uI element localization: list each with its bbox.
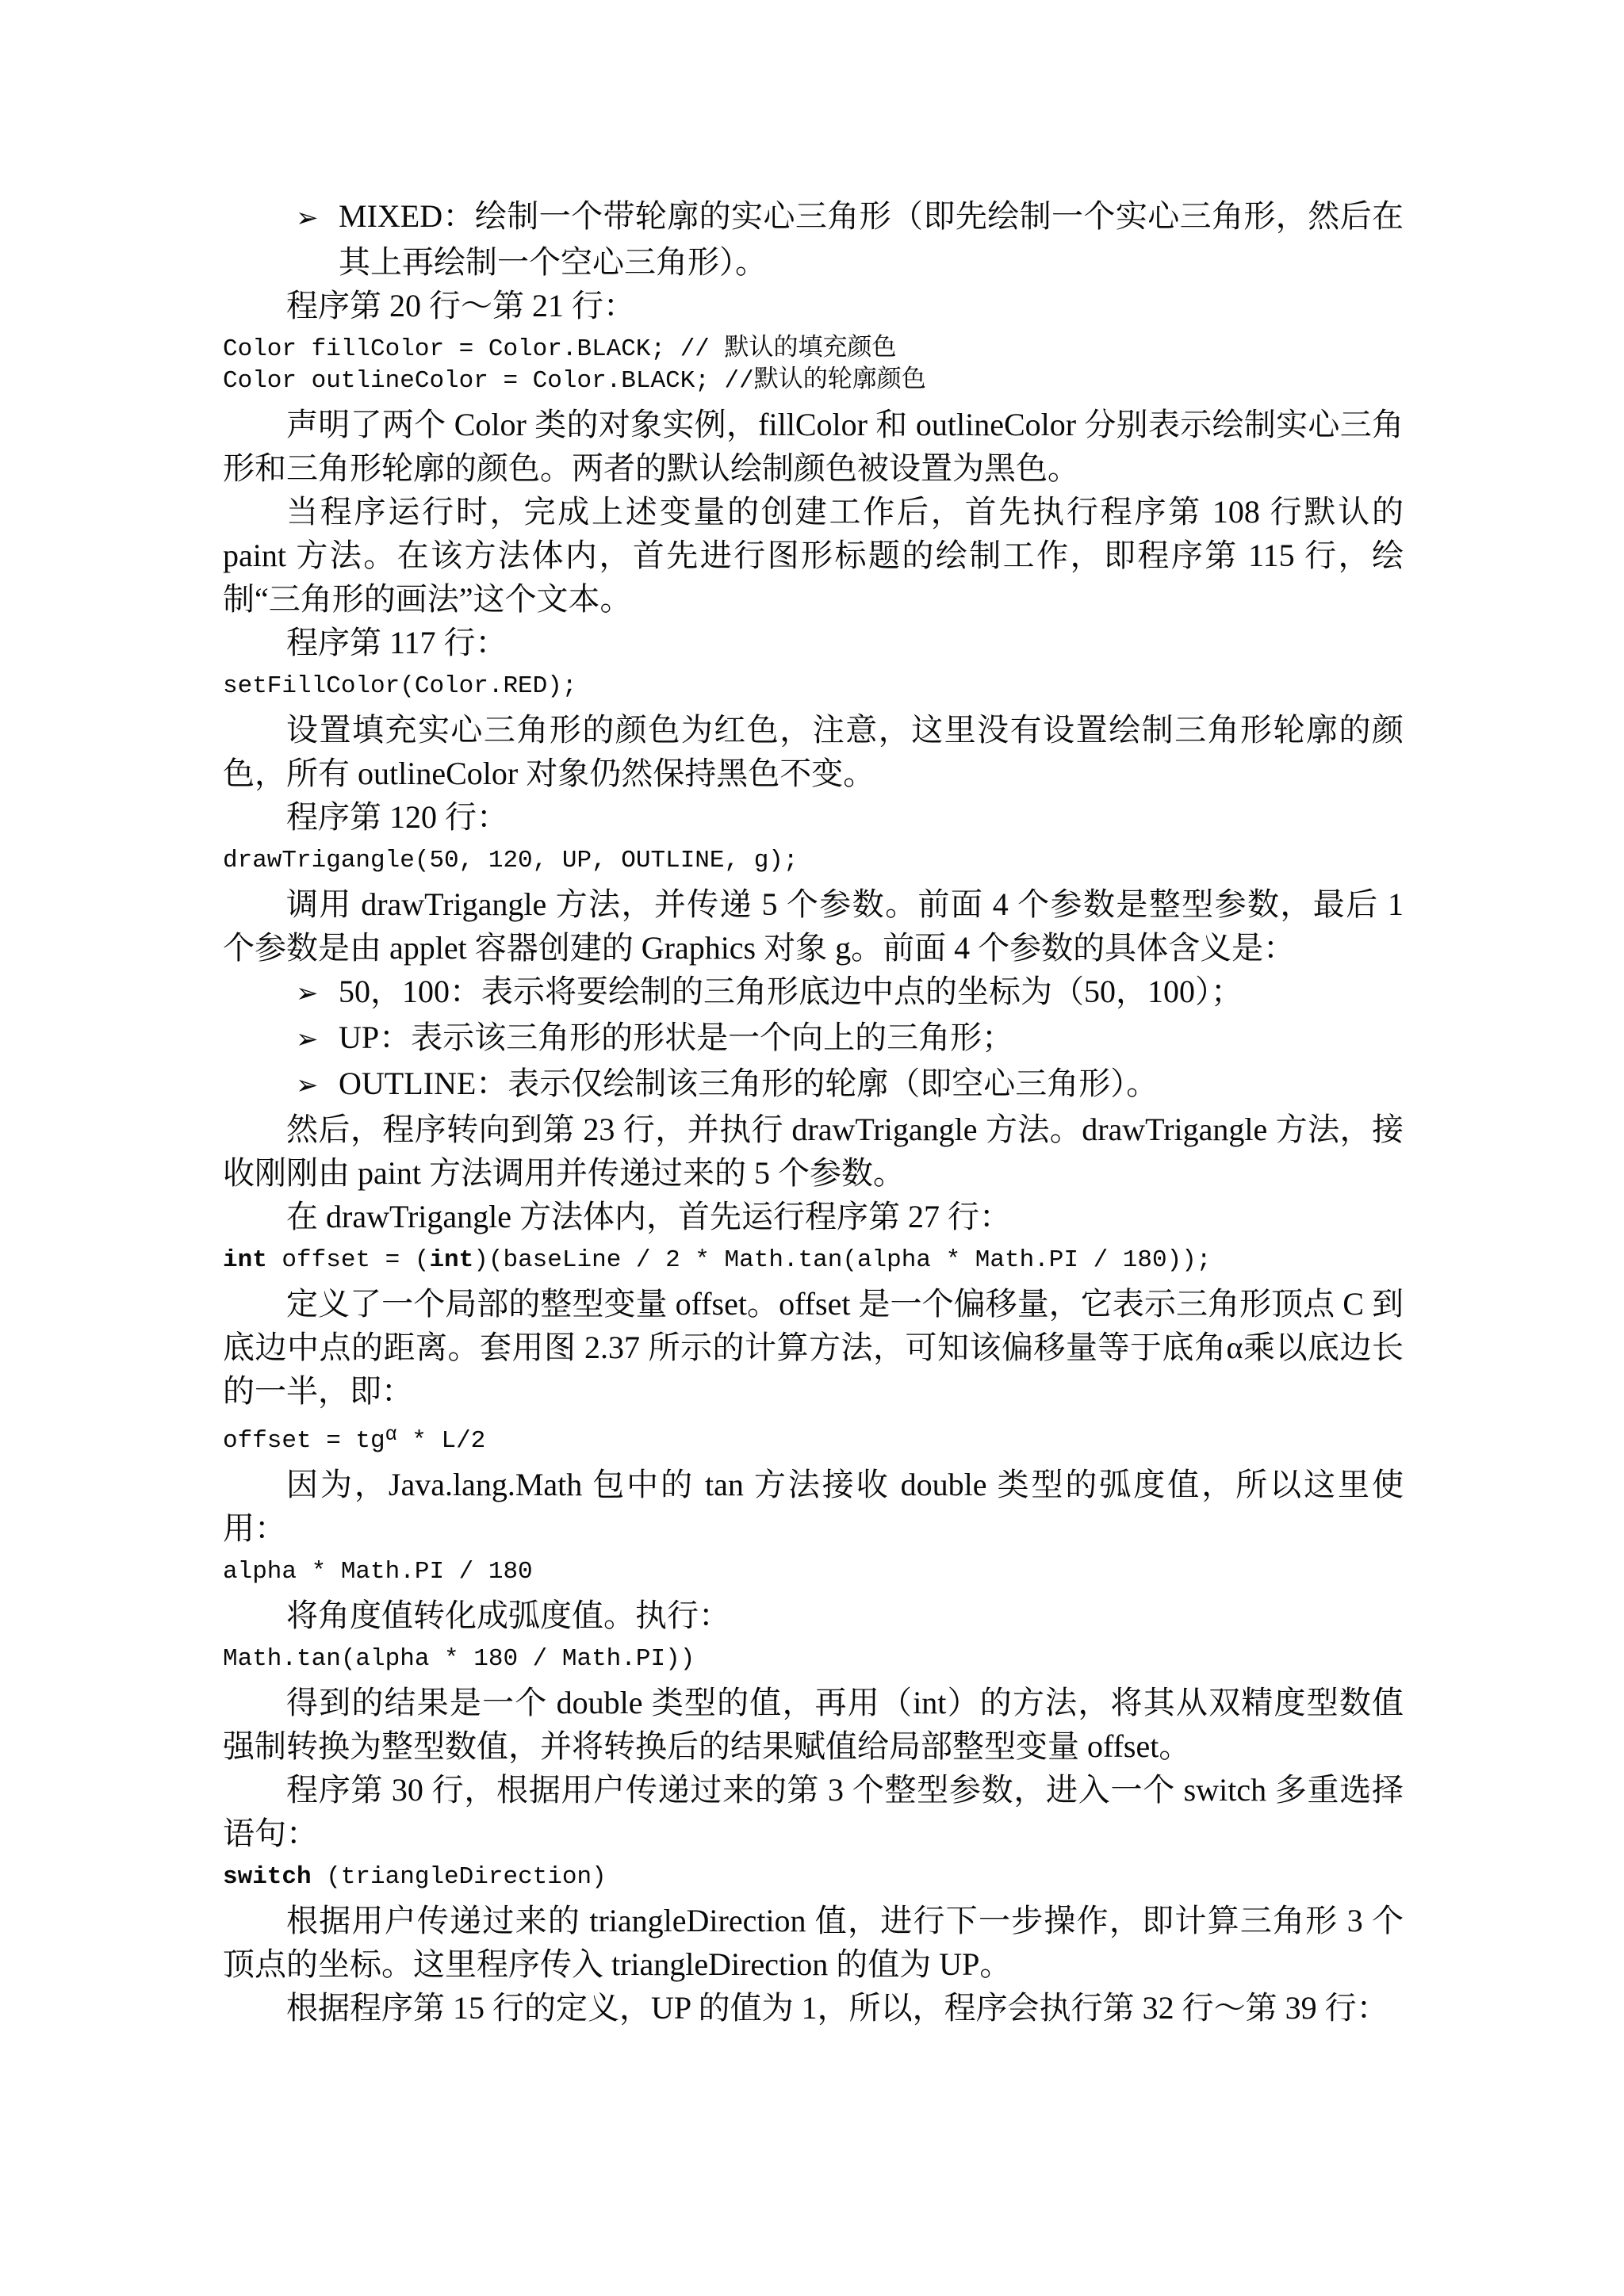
paragraph-call-drawtrigangle: 调用 drawTrigangle 方法，并传递 5 个参数。前面 4 个参数是整… <box>223 882 1404 970</box>
code-text: (triangleDirection) <box>312 1863 607 1891</box>
bullet-item-mixed: ➢MIXED：绘制一个带轮廓的实心三角形（即先绘制一个实心三角形，然后在其上再绘… <box>223 194 1404 284</box>
bullet-item-up-text: UP：表示该三角形的形状是一个向上的三角形； <box>339 1020 1013 1055</box>
code-text: offset = tg <box>223 1427 385 1455</box>
paragraph-line-20-21: 程序第 20 行～第 21 行： <box>223 284 1404 327</box>
code-keyword-int: int <box>223 1246 267 1274</box>
paragraph-triangledirection: 根据用户传递过来的 triangleDirection 值，进行下一步操作，即计… <box>223 1899 1404 1986</box>
paragraph-setfill-explain: 设置填充实心三角形的颜色为红色，注意，这里没有设置绘制三角形轮廓的颜色，所有 o… <box>223 708 1404 795</box>
paragraph-line-117: 程序第 117 行： <box>223 621 1404 664</box>
bullet-item-outline-text: OUTLINE：表示仅绘制该三角形的轮廓（即空心三角形）。 <box>339 1066 1158 1101</box>
paragraph-double-result: 得到的结果是一个 double 类型的值，再用（int）的方法，将其从双精度型数… <box>223 1681 1404 1768</box>
bullet-item-50-100: ➢50，100：表示将要绘制的三角形底边中点的坐标为（50，100）； <box>223 970 1404 1016</box>
code-line-alpha-radians: alpha * Math.PI / 180 <box>223 1550 1404 1594</box>
bullet-item-up: ➢UP：表示该三角形的形状是一个向上的三角形； <box>223 1016 1404 1062</box>
code-keyword-int: int <box>429 1246 473 1274</box>
code-text: offset = ( <box>267 1246 430 1274</box>
page-content: ➢MIXED：绘制一个带轮廓的实心三角形（即先绘制一个实心三角形，然后在其上再绘… <box>223 194 1404 2030</box>
paragraph-line-15-up: 根据程序第 15 行的定义，UP 的值为 1，所以，程序会执行第 32 行～第 … <box>223 1986 1404 2030</box>
paragraph-then-line-23: 然后，程序转向到第 23 行，并执行 drawTrigangle 方法。draw… <box>223 1108 1404 1195</box>
code-line-outlinecolor: Color outlineColor = Color.BLACK; //默认的轮… <box>223 359 1404 403</box>
code-line-int-offset: int offset = (int)(baseLine / 2 * Math.t… <box>223 1238 1404 1282</box>
bullet-item-outline: ➢OUTLINE：表示仅绘制该三角形的轮廓（即空心三角形）。 <box>223 1062 1404 1108</box>
paragraph-convert-radians: 将角度值转化成弧度值。执行： <box>223 1594 1404 1637</box>
code-line-offset-formula: offset = tgα * L/2 <box>223 1413 1404 1463</box>
paragraph-define-offset: 定义了一个局部的整型变量 offset。offset 是一个偏移量，它表示三角形… <box>223 1282 1404 1413</box>
code-keyword-switch: switch <box>223 1863 312 1891</box>
alpha-superscript: α <box>385 1423 397 1446</box>
bullet-arrow-icon: ➢ <box>296 1018 339 1062</box>
code-text: )(baseLine / 2 * Math.tan(alpha * Math.P… <box>473 1246 1211 1274</box>
paragraph-because-tan: 因为，Java.lang.Math 包中的 tan 方法接收 double 类型… <box>223 1463 1404 1550</box>
code-line-switch: switch (triangleDirection) <box>223 1855 1404 1899</box>
bullet-arrow-icon: ➢ <box>296 1064 339 1108</box>
paragraph-line-120: 程序第 120 行： <box>223 795 1404 839</box>
code-line-setfillcolor: setFillColor(Color.RED); <box>223 664 1404 708</box>
paragraph-runtime-paint: 当程序运行时，完成上述变量的创建工作后，首先执行程序第 108 行默认的 pai… <box>223 490 1404 621</box>
bullet-arrow-icon: ➢ <box>296 972 339 1016</box>
bullet-item-50-100-text: 50，100：表示将要绘制的三角形底边中点的坐标为（50，100）； <box>339 974 1243 1009</box>
code-text: * L/2 <box>397 1427 486 1455</box>
code-line-mathtan: Math.tan(alpha * 180 / Math.PI)) <box>223 1637 1404 1681</box>
bullet-item-mixed-text: MIXED：绘制一个带轮廓的实心三角形（即先绘制一个实心三角形，然后在其上再绘制… <box>339 198 1404 280</box>
paragraph-declare-colors: 声明了两个 Color 类的对象实例，fillColor 和 outlineCo… <box>223 403 1404 490</box>
paragraph-line-30-switch: 程序第 30 行，根据用户传递过来的第 3 个整型参数，进入一个 switch … <box>223 1768 1404 1855</box>
code-line-drawtrigangle-call: drawTrigangle(50, 120, UP, OUTLINE, g); <box>223 839 1404 882</box>
document-page: ➢MIXED：绘制一个带轮廓的实心三角形（即先绘制一个实心三角形，然后在其上再绘… <box>0 0 1624 2296</box>
paragraph-in-method-line-27: 在 drawTrigangle 方法体内，首先运行程序第 27 行： <box>223 1195 1404 1238</box>
bullet-arrow-icon: ➢ <box>296 197 339 240</box>
